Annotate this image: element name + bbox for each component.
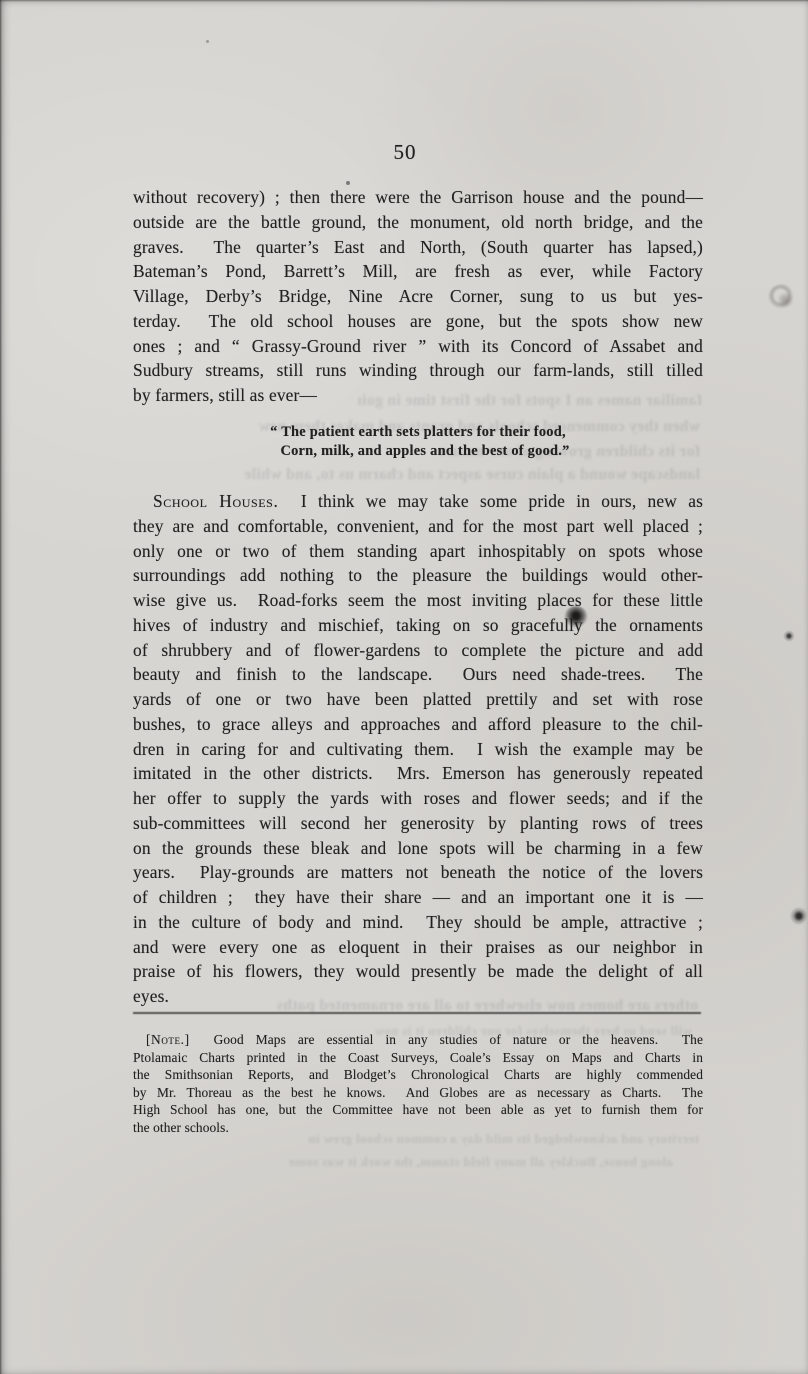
verse-quote: “ The patient earth sets platters for th… bbox=[133, 423, 703, 461]
text-line: without recovery) ; then there were the … bbox=[133, 185, 703, 210]
text-line: “ The patient earth sets platters for th… bbox=[133, 423, 703, 442]
text-line: praise of his flowers, they would presen… bbox=[133, 959, 703, 984]
text-line: outside are the battle ground, the monum… bbox=[133, 210, 703, 235]
page-number: 50 bbox=[133, 140, 677, 165]
section-heading: School Houses. bbox=[153, 491, 278, 511]
scan-edge-top bbox=[0, 0, 808, 2]
text-line: the Smithsonian Reports, and Blodget’s C… bbox=[133, 1066, 703, 1084]
text-line: sub-committees will second her generosit… bbox=[133, 811, 703, 836]
text-line: Ptolamaic Charts printed in the Coast Su… bbox=[133, 1049, 703, 1067]
text-line: her offer to supply the yards with roses… bbox=[133, 786, 703, 811]
text-line: eyes. bbox=[133, 984, 703, 1009]
text-line: and were every one as eloquent in their … bbox=[133, 935, 703, 960]
text-line: by farmers, still as ever— bbox=[133, 383, 703, 408]
text-line: yards of one or two have been platted pr… bbox=[133, 687, 703, 712]
footnote-first-line-text: Good Maps are essential in any studies o… bbox=[190, 1032, 703, 1047]
text-line: terday. The old school houses are gone, … bbox=[133, 309, 703, 334]
text-line: beauty and finish to the landscape. Ours… bbox=[133, 662, 703, 687]
paragraph-lines: without recovery) ; then there were the … bbox=[133, 185, 703, 408]
text-line: of children ; they have their share — an… bbox=[133, 885, 703, 910]
ink-speck bbox=[782, 629, 796, 643]
text-line: they are and comfortable, convenient, an… bbox=[133, 514, 703, 539]
text-line: the other schools. bbox=[133, 1119, 703, 1137]
ink-blot bbox=[564, 606, 588, 628]
dust-dot bbox=[206, 40, 209, 43]
paragraph-continuation: without recovery) ; then there were the … bbox=[133, 185, 703, 408]
text-line: Sudbury streams, still runs winding thro… bbox=[133, 358, 703, 383]
text-line: imitated in the other districts. Mrs. Em… bbox=[133, 761, 703, 786]
footnote-first-line: [Note.] Good Maps are essential in any s… bbox=[133, 1031, 703, 1049]
paper-smudge bbox=[768, 284, 796, 310]
paragraph-lines: they are and comfortable, convenient, an… bbox=[133, 514, 703, 1009]
text-line: Corn, milk, and apples and the best of g… bbox=[133, 442, 703, 461]
text-line: on the grounds these bleak and lone spot… bbox=[133, 836, 703, 861]
text-line: only one or two of them standing apart i… bbox=[133, 539, 703, 564]
text-line: wise give us. Road-forks seem the most i… bbox=[133, 588, 703, 613]
text-line: of shrubbery and of flower-gardens to co… bbox=[133, 638, 703, 663]
ghost-text-line: along house, Buckley all many field stam… bbox=[133, 1151, 673, 1173]
text-line: surroundings add nothing to the pleasure… bbox=[133, 563, 703, 588]
text-line: High School has one, but the Committee h… bbox=[133, 1101, 703, 1119]
text-line: in the culture of body and mind. They sh… bbox=[133, 910, 703, 935]
scanned-book-page: familiar names an I spots for the first … bbox=[0, 0, 808, 1374]
scan-edge-left bbox=[0, 0, 2, 1374]
footnote-label: [Note.] bbox=[146, 1032, 190, 1047]
text-line: Bateman’s Pond, Barrett’s Mill, are fres… bbox=[133, 259, 703, 284]
footnote-separator-rule bbox=[133, 1012, 701, 1014]
ghost-text-line: landscape wound a plain curse aspect and… bbox=[140, 464, 700, 486]
paragraph-school-houses: School Houses. I think we may take some … bbox=[133, 489, 703, 1009]
ink-speck bbox=[789, 905, 807, 925]
text-line: years. Play-grounds are matters not bene… bbox=[133, 860, 703, 885]
text-line: bushes, to grace alleys and approaches a… bbox=[133, 712, 703, 737]
text-line: ones ; and “ Grassy-Ground river ” with … bbox=[133, 334, 703, 359]
paragraph-first-line: School Houses. I think we may take some … bbox=[133, 489, 703, 514]
dust-dot bbox=[346, 181, 350, 185]
footnote: [Note.] Good Maps are essential in any s… bbox=[133, 1031, 703, 1137]
text-line: by Mr. Thoreau as the best he knows. And… bbox=[133, 1084, 703, 1102]
text-line: Village, Derby’s Bridge, Nine Acre Corne… bbox=[133, 284, 703, 309]
first-line-text: I think we may take some pride in ours, … bbox=[278, 491, 703, 511]
quote-lines: “ The patient earth sets platters for th… bbox=[133, 423, 703, 461]
text-line: hives of industry and mischief, taking o… bbox=[133, 613, 703, 638]
footnote-lines: Ptolamaic Charts printed in the Coast Su… bbox=[133, 1049, 703, 1137]
text-line: graves. The quarter’s East and North, (S… bbox=[133, 235, 703, 260]
text-line: dren in caring for and cultivating them.… bbox=[133, 737, 703, 762]
